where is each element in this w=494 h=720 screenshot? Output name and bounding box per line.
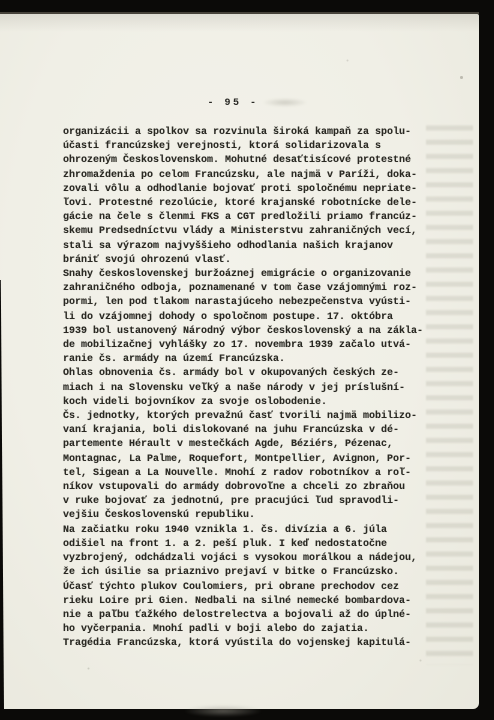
text-line: gácie na čele s členmi FKS a CGT predlož… [63,211,435,225]
text-line: zahraničného odboja, poznamenané v tom č… [63,282,435,296]
text-line: 1939 bol ustanovený Národný výbor českos… [63,325,435,339]
text-line: že ich úsilie sa priaznivo prejaví v bit… [63,566,435,580]
text-line: Na začiatku roku 1940 vznikla 1. čs. div… [63,524,435,538]
text-line: organizácii a spolkov sa rozvinula širok… [63,126,435,140]
text-line: miach i na Slovensku veľký a naše národy… [63,382,435,396]
text-line: de mobilizačnej vyhlášky zo 17. novembra… [63,339,435,353]
text-line: ranie čs. armády na území Francúzska. [63,353,435,367]
text-line: níkov vstupovali do armády dobrovoľne a … [63,481,435,495]
text-line: vejšiu Československú republiku. [63,509,435,523]
text-line: brániť svojú ohrozenú vlasť. [63,254,435,268]
text-line: nie a paľbu ťažkého delostrelectva a boj… [63,609,435,623]
text-line: ho vyčerpania. Mnohí padli v boji alebo … [63,623,435,637]
text-line: Účasť týchto plukov Coulomiers, pri obra… [63,581,435,595]
ink-smudge [262,98,308,107]
text-line: partemente Hérault v mestečkách Agde, Bé… [63,438,435,452]
text-line: odišiel na front 1. a 2. peší pluk. I ke… [63,538,435,552]
text-line: účasti francúzskej verejnosti, ktorá sol… [63,140,435,154]
text-line: ohrozeným Československom. Mohutné desať… [63,154,435,168]
text-line: tel, Sigean a La Nouvelle. Mnohí z radov… [63,467,435,481]
text-line: ľovi. Protestné rezolúcie, ktoré krajans… [63,197,435,211]
paper-specks [0,0,1,1]
page-number: - 95 - [0,98,466,109]
text-line: v ruke bojovať za jednotnú, pre pracujúc… [63,495,435,509]
text-line: skemu Predsedníctvu vlády a Ministerstvu… [63,225,435,239]
text-line: Ohlas obnovenia čs. armády bol v okupova… [63,367,435,381]
text-line: pormi, len pod tlakom narastajúceho nebe… [63,296,435,310]
text-line: koch videli bojovníkov za svoje oslobode… [63,396,435,410]
text-line: Čs. jednotky, ktorých prevažnú časť tvor… [63,410,435,424]
text-line: vaní krajania, boli dislokované na juhu … [63,424,435,438]
text-line: Snahy československej buržoáznej emigrác… [63,268,435,282]
document-page: - 95 - organizácii a spolkov sa rozvinul… [0,14,479,709]
text-line: Montagnac, La Palme, Roquefort, Montpell… [63,453,435,467]
body-text: organizácii a spolkov sa rozvinula širok… [63,126,435,652]
bleed-through-text [426,120,473,665]
scan-smudge-bottom [183,705,263,717]
text-line: zovali vôlu a odhodlanie bojovať proti s… [63,183,435,197]
text-line: vyzbrojený, odchádzali vojáci s vysokou … [63,552,435,566]
text-line: stali sa výrazom najvyššieho odhodlania … [63,240,435,254]
scan-shadow-top [0,12,479,14]
text-line: rieku Loire pri Gien. Nedbali na silné n… [63,595,435,609]
text-line: li do vzájomnej dohody o spoločnom postu… [63,311,435,325]
text-line: zhromaždenia po celom Francúzsku, ale na… [63,169,435,183]
scan-frame: - 95 - organizácii a spolkov sa rozvinul… [0,0,494,720]
text-line: Tragédia Francúzska, ktorá vyústila do v… [63,637,435,651]
